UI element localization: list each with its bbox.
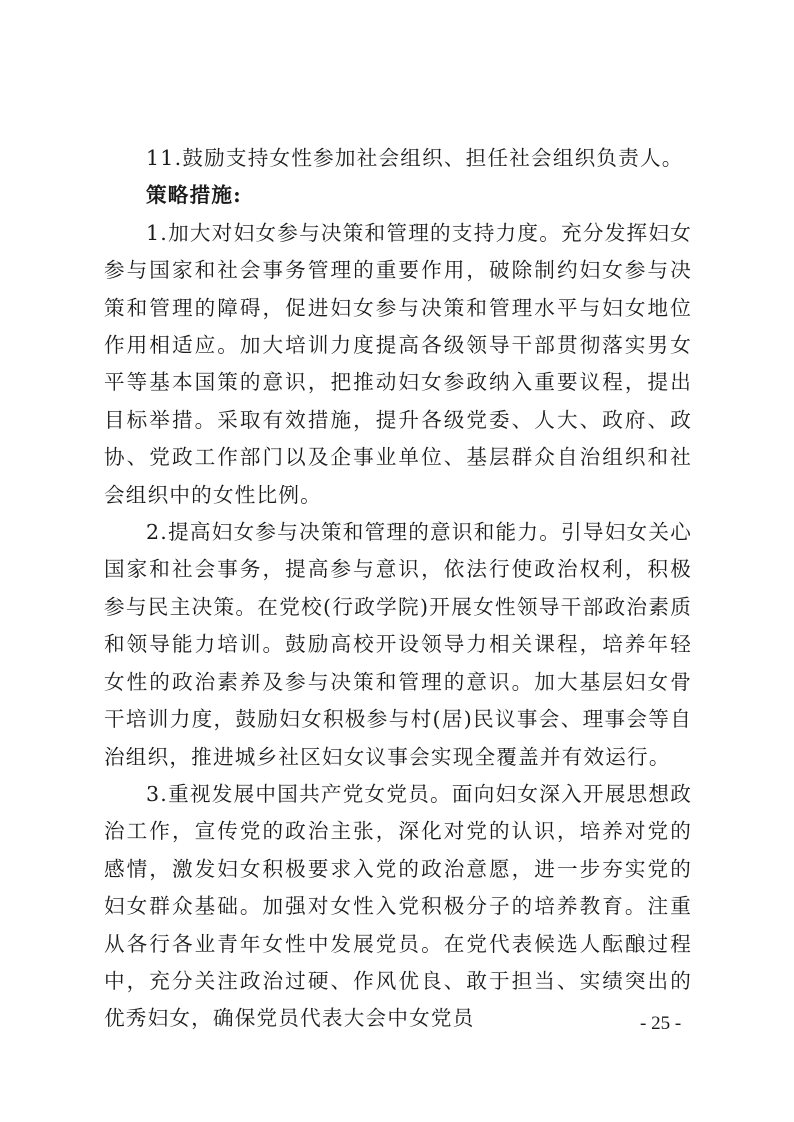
body-text: 11.鼓励支持女性参加社会组织、担任社会组织负责人。 策略措施: 1.加大对妇女… <box>104 140 692 1038</box>
strategy-paragraph-2: 2.提高妇女参与决策和管理的意识和能力。引导妇女关心国家和社会事务，提高参与意识… <box>104 514 692 776</box>
page-number: - 25 - <box>640 1013 681 1035</box>
strategy-paragraph-1: 1.加大对妇女参与决策和管理的支持力度。充分发挥妇女参与国家和社会事务管理的重要… <box>104 215 692 514</box>
document-page: 11.鼓励支持女性参加社会组织、担任社会组织负责人。 策略措施: 1.加大对妇女… <box>0 0 794 1122</box>
goal-item-11: 11.鼓励支持女性参加社会组织、担任社会组织负责人。 <box>104 140 692 177</box>
section-heading-strategies: 策略措施: <box>104 177 692 214</box>
strategy-paragraph-3: 3.重视发展中国共产党女党员。面向妇女深入开展思想政治工作，宣传党的政治主张，深… <box>104 776 692 1038</box>
